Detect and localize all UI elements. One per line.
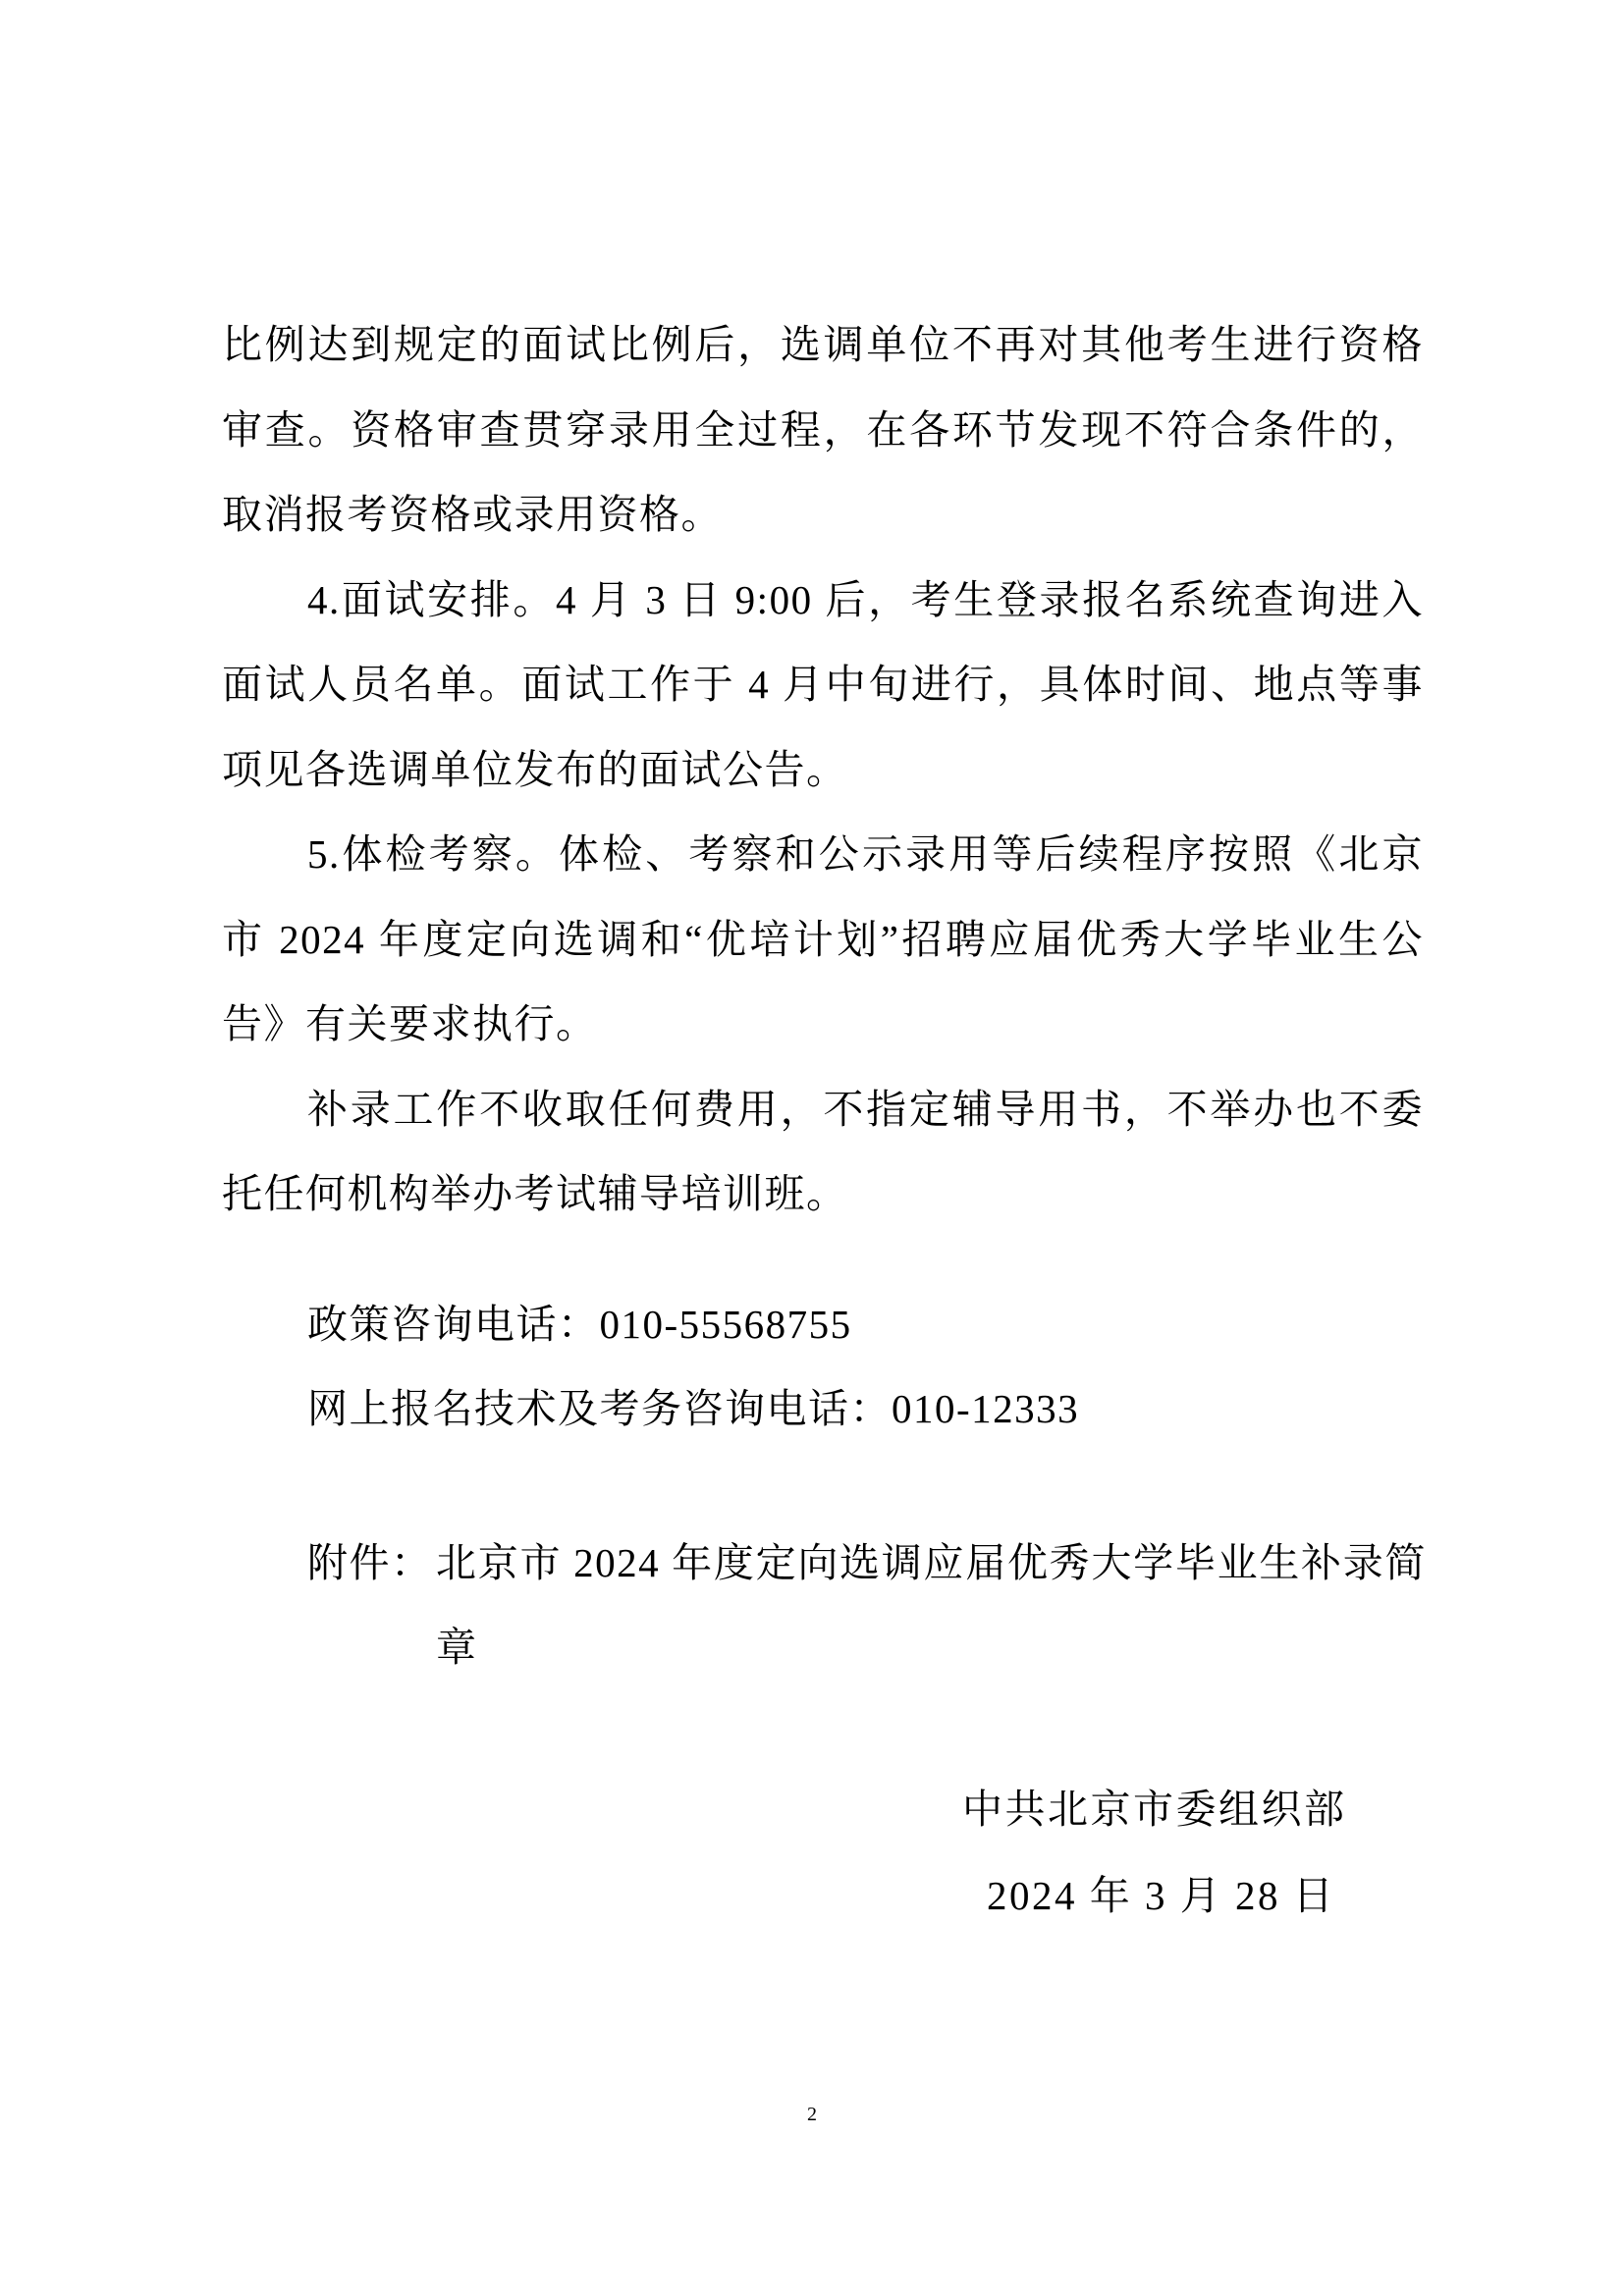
- attachment-title: 北京市 2024 年度定向选调应届优秀大学毕业生补录简章: [436, 1521, 1427, 1689]
- document-page: 比例达到规定的面试比例后，选调单位不再对其他考生进行资格审查。资格审查贯穿录用全…: [0, 0, 1624, 2296]
- page-number: 2: [0, 2103, 1624, 2126]
- contact-info: 政策咨询电话：010-55568755 网上报名技术及考务咨询电话：010-12…: [307, 1282, 1427, 1451]
- paragraph-physical-exam-inspection: 5.体检考察。体检、考察和公示录用等后续程序按照《北京市 2024 年度定向选调…: [222, 812, 1424, 1067]
- contact-label: 政策咨询电话：: [307, 1302, 600, 1347]
- contact-phone: 010-55568755: [600, 1302, 852, 1347]
- paragraph-qualification-review: 比例达到规定的面试比例后，选调单位不再对其他考生进行资格审查。资格审查贯穿录用全…: [222, 302, 1424, 558]
- signature-date: 2024 年 3 月 28 日: [987, 1853, 1335, 1938]
- paragraph-no-fees-notice: 补录工作不收取任何费用，不指定辅导用书，不举办也不委托任何机构举办考试辅导培训班…: [222, 1067, 1424, 1237]
- contact-label: 网上报名技术及考务咨询电话：: [307, 1386, 892, 1431]
- paragraph-interview-arrangement: 4.面试安排。4 月 3 日 9:00 后，考生登录报名系统查询进入面试人员名单…: [222, 558, 1424, 813]
- contact-line-technical: 网上报名技术及考务咨询电话：010-12333: [307, 1366, 1427, 1451]
- contact-line-policy: 政策咨询电话：010-55568755: [307, 1282, 1427, 1366]
- body-text: 比例达到规定的面试比例后，选调单位不再对其他考生进行资格审查。资格审查贯穿录用全…: [222, 302, 1424, 1237]
- signature-organization: 中共北京市委组织部: [962, 1767, 1347, 1851]
- contact-phone: 010-12333: [892, 1386, 1079, 1431]
- attachment-label: 附件：: [307, 1521, 433, 1605]
